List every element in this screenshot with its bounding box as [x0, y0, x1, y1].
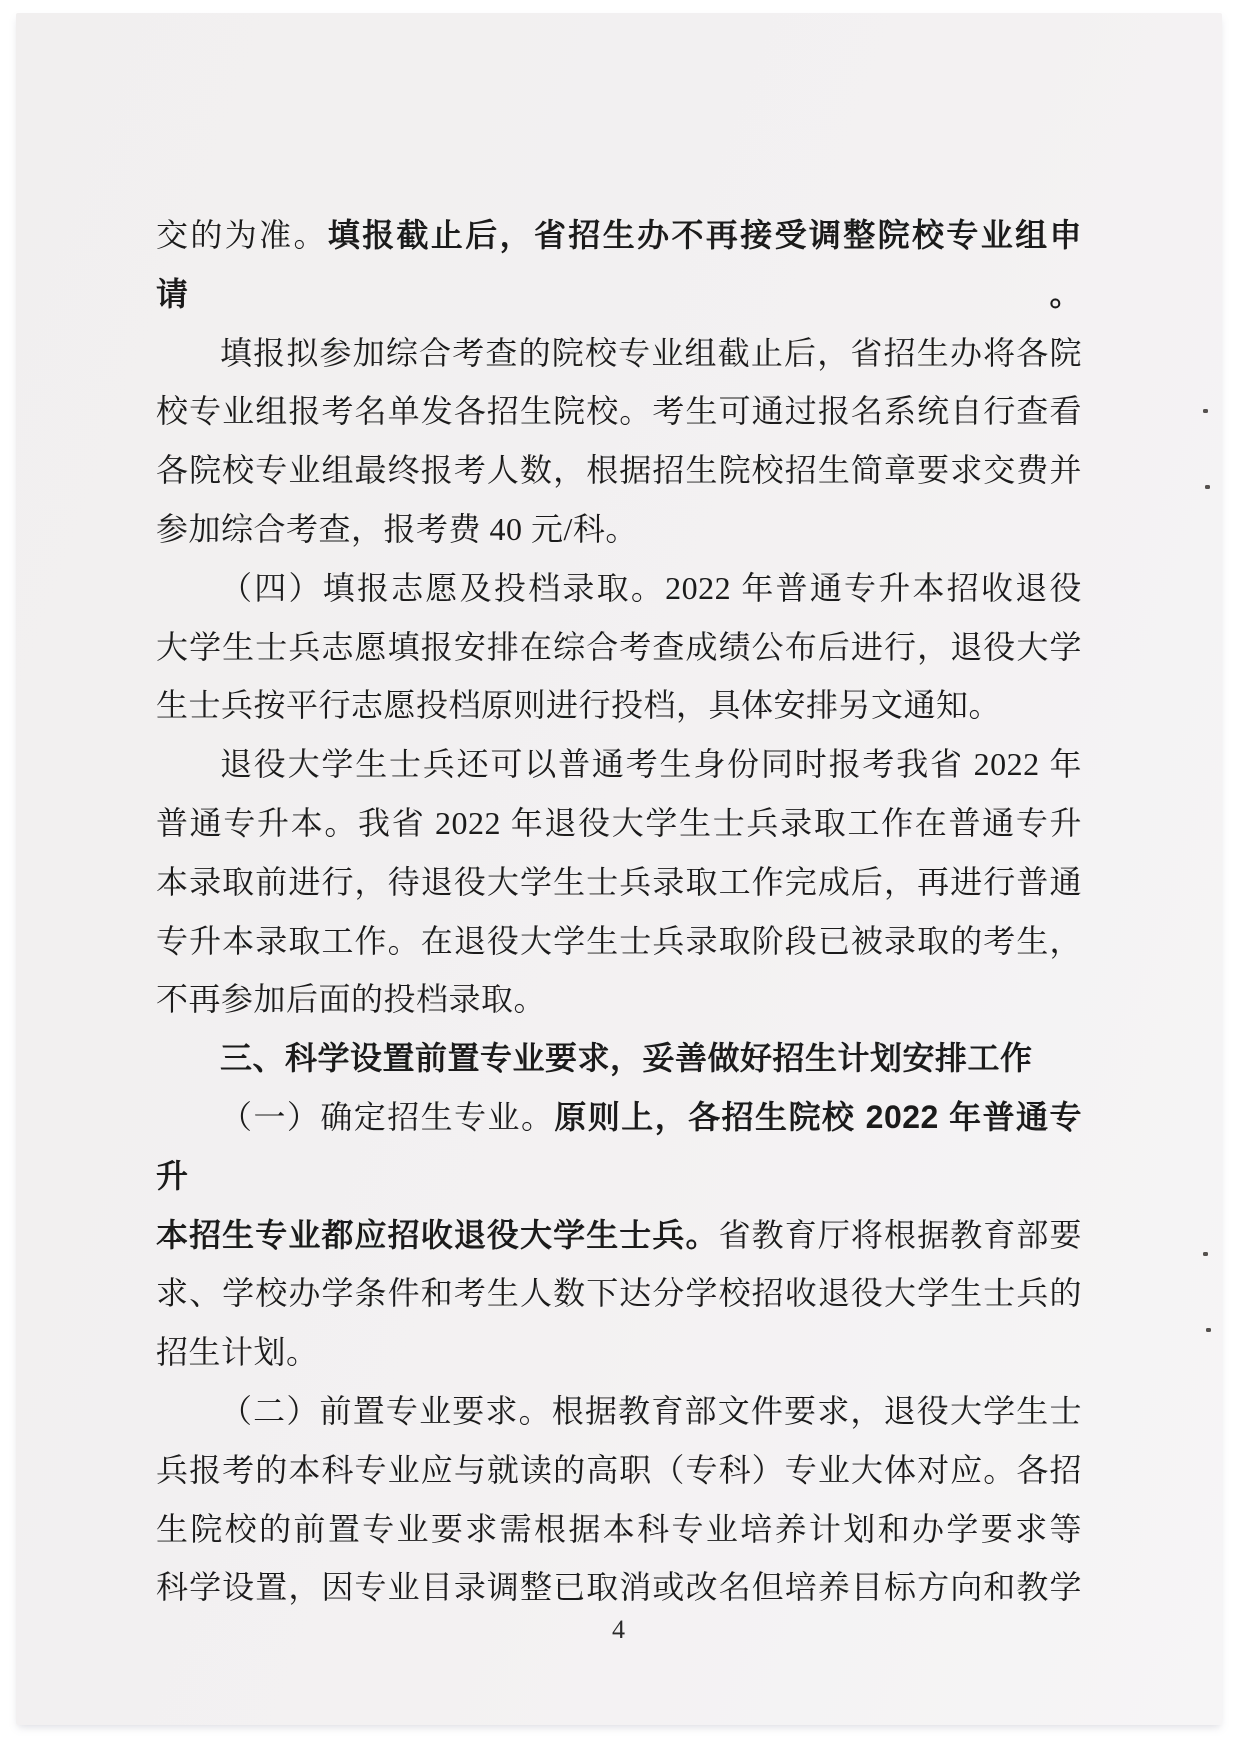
text-segment: 退役大学生士兵还可以普通考生身份同时报考我省 2022 年	[220, 746, 1082, 782]
text-line: （二）前置专业要求。根据教育部文件要求，退役大学生士	[156, 1382, 1082, 1441]
text-line: 兵报考的本科专业应与就读的高职（专科）专业大体对应。各招	[156, 1441, 1082, 1500]
text-line: 校专业组报考名单发各招生院校。考生可通过报名系统自行查看	[156, 382, 1082, 441]
text-segment: （四）填报志愿及投档录取。2022 年普通专升本招收退役	[220, 570, 1082, 606]
text-line: 三、科学设置前置专业要求，妥善做好招生计划安排工作	[156, 1029, 1082, 1088]
text-segment: 不再参加后面的投档录取。	[156, 981, 546, 1017]
text-line: 大学生士兵志愿填报安排在综合考查成绩公布后进行，退役大学	[156, 618, 1082, 677]
text-segment: 大学生士兵志愿填报安排在综合考查成绩公布后进行，退役大学	[156, 629, 1082, 665]
text-segment: （二）前置专业要求。根据教育部文件要求，退役大学生士	[220, 1393, 1082, 1429]
text-line: 不再参加后面的投档录取。	[156, 970, 1082, 1029]
text-segment-bold: 本招生专业都应招收退役大学生士兵。	[156, 1217, 719, 1253]
page-number: 4	[16, 1615, 1222, 1645]
text-line: 填报拟参加综合考查的院校专业组截止后，省招生办将各院	[156, 324, 1082, 383]
text-line: 科学设置，因专业目录调整已取消或改名但培养目标方向和教学	[156, 1558, 1082, 1617]
text-segment: 各院校专业组最终报考人数，根据招生院校招生简章要求交费并	[156, 452, 1082, 488]
text-segment: （一）确定招生专业。	[220, 1099, 554, 1135]
text-line: 招生计划。	[156, 1323, 1082, 1382]
text-line: 交的为准。填报截止后，省招生办不再接受调整院校专业组申请。	[156, 206, 1082, 324]
text-line: 参加综合考查，报考费 40 元/科。	[156, 500, 1082, 559]
document-body-text: 交的为准。填报截止后，省招生办不再接受调整院校专业组申请。填报拟参加综合考查的院…	[156, 206, 1082, 1617]
text-segment: 校专业组报考名单发各招生院校。考生可通过报名系统自行查看	[156, 393, 1082, 429]
text-line: 专升本录取工作。在退役大学生士兵录取阶段已被录取的考生，	[156, 912, 1082, 971]
text-segment: 本录取前进行，待退役大学生士兵录取工作完成后，再进行普通	[156, 864, 1082, 900]
text-line: 普通专升本。我省 2022 年退役大学生士兵录取工作在普通专升	[156, 794, 1082, 853]
text-line: 各院校专业组最终报考人数，根据招生院校招生简章要求交费并	[156, 441, 1082, 500]
text-segment: 普通专升本。我省 2022 年退役大学生士兵录取工作在普通专升	[156, 805, 1082, 841]
text-segment: 填报拟参加综合考查的院校专业组截止后，省招生办将各院	[220, 335, 1082, 371]
text-line: 生院校的前置专业要求需根据本科专业培养计划和办学要求等	[156, 1500, 1082, 1559]
text-segment: 招生计划。	[156, 1334, 319, 1370]
text-line: （一）确定招生专业。原则上，各招生院校 2022 年普通专升	[156, 1088, 1082, 1206]
text-segment: 生士兵按平行志愿投档原则进行投档，具体安排另文通知。	[156, 687, 1001, 723]
text-segment: 参加综合考查，报考费 40 元/科。	[156, 511, 638, 547]
text-segment-bold: 三、科学设置前置专业要求，妥善做好招生计划安排工作	[220, 1040, 1033, 1076]
text-segment: 科学设置，因专业目录调整已取消或改名但培养目标方向和教学	[156, 1569, 1082, 1605]
text-segment: 求、学校办学条件和考生人数下达分学校招收退役大学生士兵的	[156, 1275, 1082, 1311]
text-line: 生士兵按平行志愿投档原则进行投档，具体安排另文通知。	[156, 676, 1082, 735]
text-line: 本招生专业都应招收退役大学生士兵。省教育厅将根据教育部要	[156, 1206, 1082, 1265]
text-line: 退役大学生士兵还可以普通考生身份同时报考我省 2022 年	[156, 735, 1082, 794]
text-line: 本录取前进行，待退役大学生士兵录取工作完成后，再进行普通	[156, 853, 1082, 912]
text-segment: 兵报考的本科专业应与就读的高职（专科）专业大体对应。各招	[156, 1452, 1082, 1488]
document-page: 交的为准。填报截止后，省招生办不再接受调整院校专业组申请。填报拟参加综合考查的院…	[16, 13, 1222, 1725]
text-line: （四）填报志愿及投档录取。2022 年普通专升本招收退役	[156, 559, 1082, 618]
text-segment: 生院校的前置专业要求需根据本科专业培养计划和办学要求等	[156, 1511, 1082, 1547]
text-segment: 省教育厅将根据教育部要	[719, 1217, 1082, 1253]
text-segment: 专升本录取工作。在退役大学生士兵录取阶段已被录取的考生，	[156, 923, 1082, 959]
text-line: 求、学校办学条件和考生人数下达分学校招收退役大学生士兵的	[156, 1264, 1082, 1323]
text-segment: 交的为准。	[156, 217, 328, 253]
